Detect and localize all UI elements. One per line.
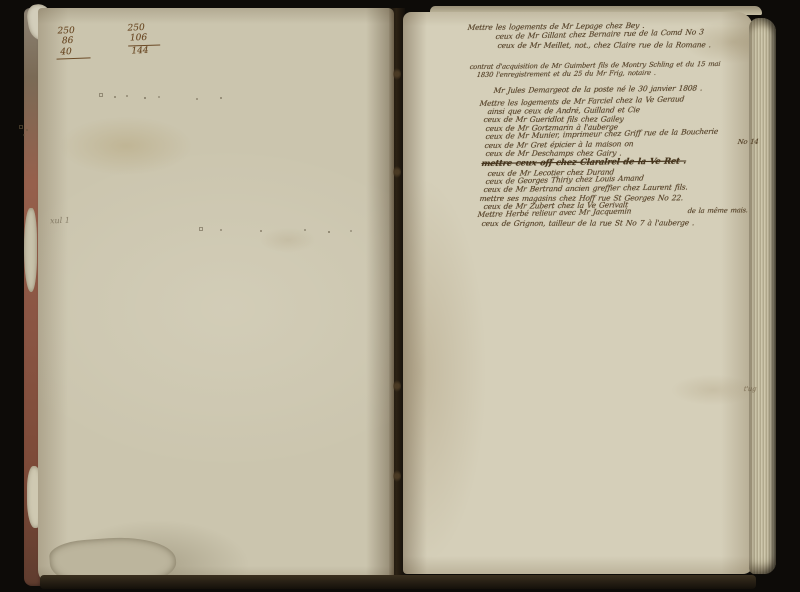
torn-paper-fragment [24, 208, 37, 292]
ink-specks [100, 94, 102, 96]
edge-show-through-mark: t'ug [743, 386, 756, 393]
manuscript-line-struck: mettre ceux off chez Claralrel de la Ve … [481, 157, 687, 168]
manuscript-line: ceux de Mr Meillet, not., chez Claire ru… [497, 41, 711, 49]
manuscript-margin-note: de la même mais. [687, 207, 748, 215]
binding-thread [393, 166, 401, 178]
ink-specks [200, 228, 202, 230]
arithmetic-column-right: 250 106 144 [127, 22, 160, 56]
binding-thread [393, 380, 401, 392]
book-bottom-shadow [40, 575, 756, 589]
left-page [38, 8, 394, 584]
binding-thread [393, 68, 401, 80]
book-scan: 250 86 40 250 106 144 xul 1 Mettre les l… [0, 0, 800, 592]
binding-thread [393, 470, 401, 482]
page-block-fore-edge [749, 18, 776, 574]
arithmetic-column-left: 250 86 40 [55, 25, 90, 59]
arithmetic-value: 106 [130, 33, 160, 44]
manuscript-margin-note: No 14 [737, 139, 759, 146]
arithmetic-value: 40 [60, 46, 90, 57]
ink-specks [20, 126, 22, 128]
manuscript-line: ceux de Grignon, tailleur de la rue St N… [481, 219, 694, 227]
arithmetic-value: 144 [131, 45, 160, 56]
pencil-note: xul 1 [50, 216, 70, 226]
